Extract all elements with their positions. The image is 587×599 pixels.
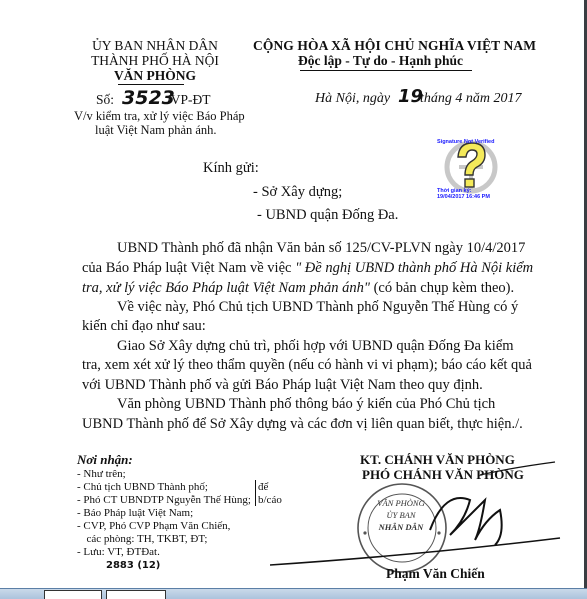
body-p3-line2: tra, xem xét xử lý theo thẩm quyền (nếu … (82, 355, 532, 375)
recipient-item: - CVP, Phó CVP Phạm Văn Chiến, (77, 520, 230, 533)
addressee-item: - UBND quận Đống Đa. (257, 205, 398, 225)
recipient-item: - Lưu: VT, ĐTĐat. (77, 546, 160, 559)
addressee-item: - Sở Xây dựng; (253, 182, 342, 202)
date-prefix: Hà Nội, ngày (315, 91, 390, 107)
org-line-1: ỦY BAN NHÂN DÂN (60, 38, 250, 54)
org-underline (118, 84, 184, 85)
recipient-item: - Báo Pháp luật Việt Nam; (77, 507, 193, 520)
body-p3-line1: Giao Sở Xây dựng chủ trì, phối hợp với U… (117, 336, 514, 356)
bottom-tab-1[interactable] (44, 590, 102, 599)
body-p3-line3: với UBND Thành phố và gửi Báo Pháp luật … (82, 375, 483, 395)
body-p4-line2: UBND Thành phố để Sở Xây dựng và các đơn… (82, 414, 523, 434)
org-line-2: THÀNH PHỐ HÀ NỘI (60, 53, 250, 69)
date-suffix: tháng 4 năm 2017 (420, 91, 522, 107)
body-p1-line3-italic: tra, xử lý việc Báo Pháp luật Việt Nam p… (82, 280, 370, 296)
body-p1-line3-suffix: (có bản chụp kèm theo). (370, 280, 514, 296)
recipient-bracket (255, 480, 256, 506)
bottom-tab-2[interactable] (106, 590, 166, 599)
signature-time-value: 19/04/2017 16:46 PM (437, 194, 490, 200)
greeting: Kính gửi: (203, 158, 259, 178)
recipient-item: - Chủ tịch UBND Thành phố; (77, 481, 208, 494)
nation-title: CỘNG HÒA XÃ HỘI CHỦ NGHĨA VIỆT NAM (253, 38, 536, 54)
handwritten-note: 2883 (12) (106, 560, 160, 571)
recipient-item: - Phó CT UBNDTP Nguyễn Thế Hùng; (77, 494, 251, 507)
body-p4-line1: Văn phòng UBND Thành phố thông báo ý kiế… (117, 394, 495, 414)
org-line-3: VĂN PHÒNG (60, 68, 250, 84)
motto: Độc lập - Tự do - Hạnh phúc (298, 53, 463, 69)
body-p1-line2-prefix: của Báo Pháp luật Việt Nam về việc (82, 260, 291, 276)
number-label: Số: (96, 92, 114, 108)
body-p1-line1: UBND Thành phố đã nhận Văn bản số 125/CV… (117, 238, 525, 258)
subject-line-1: V/v kiểm tra, xử lý việc Báo Pháp (74, 109, 245, 124)
body-p2-line2: kiến chỉ đạo như sau: (82, 316, 206, 336)
number-suffix: /VP-ĐT (167, 92, 211, 108)
subject-line-2: luật Việt Nam phản ánh. (95, 123, 217, 138)
body-p1-line2: của Báo Pháp luật Việt Nam về việc " Đề … (82, 258, 533, 278)
bracket-note-1: để (258, 481, 268, 494)
body-p1-line2-italic: " Đề nghị UBND thành phố Hà Nội kiểm (291, 260, 533, 276)
body-p2-line1: Về việc này, Phó Chủ tịch UBND Thành phố… (117, 297, 518, 317)
recipient-item: - Như trên; (77, 468, 126, 481)
handwritten-signature (270, 460, 570, 570)
signer-name: Phạm Văn Chiến (386, 566, 485, 582)
signature-status: Signature Not Verified (437, 139, 494, 145)
document-page: ỦY BAN NHÂN DÂN THÀNH PHỐ HÀ NỘI VĂN PHÒ… (0, 0, 584, 588)
recipient-item: các phòng: TH, TKBT, ĐT; (81, 533, 207, 546)
motto-underline (300, 70, 472, 71)
body-p1-line3: tra, xử lý việc Báo Pháp luật Việt Nam p… (82, 278, 514, 298)
recipients-title: Nơi nhận: (77, 452, 133, 468)
